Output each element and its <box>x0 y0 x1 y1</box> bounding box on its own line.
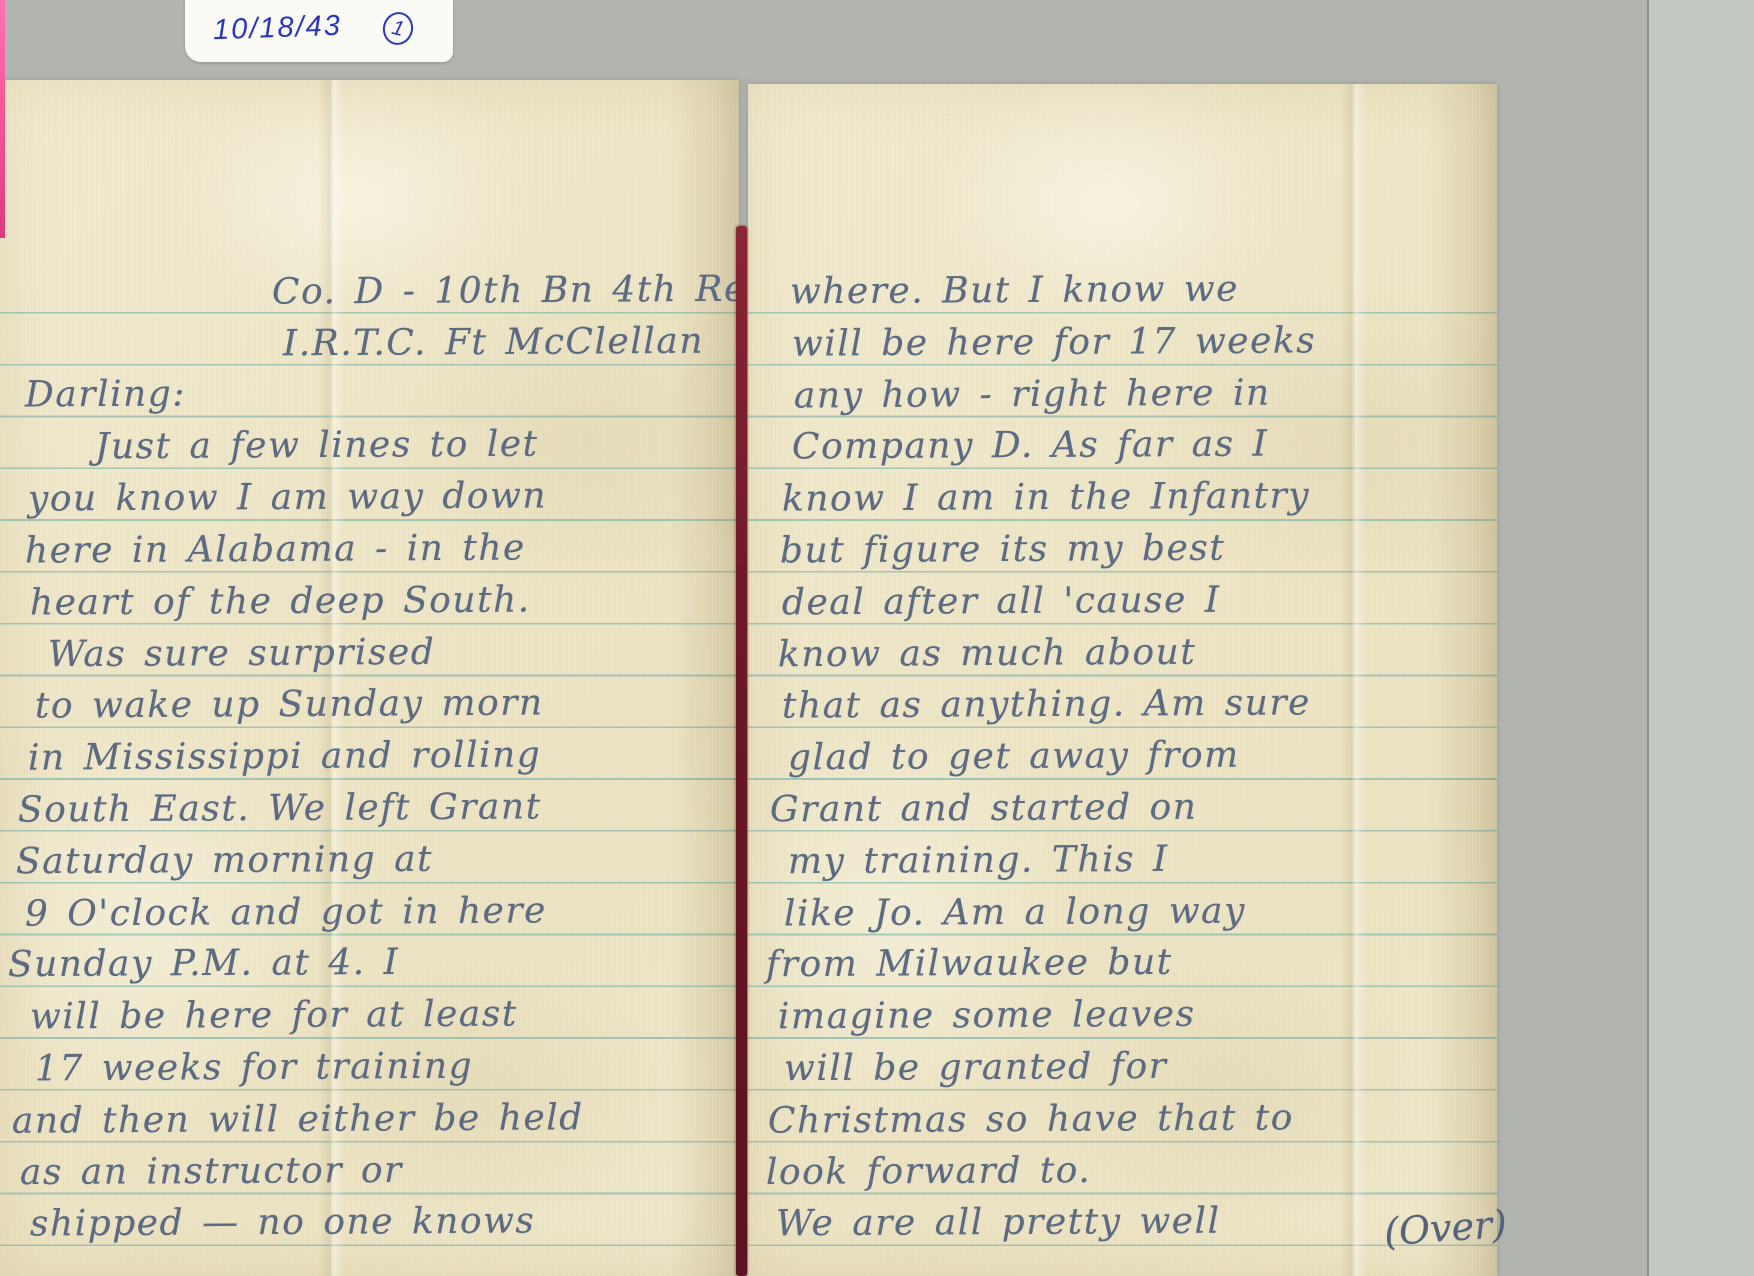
handwritten-line: that as anything. Am sure <box>782 683 1311 736</box>
handwritten-line: Grant and started on <box>770 787 1198 840</box>
handwritten-line: Saturday morning at <box>16 839 433 892</box>
handwritten-line: any how - right here in <box>794 372 1271 425</box>
scanner-seam <box>1647 0 1649 1276</box>
page-edge-shadow <box>669 80 739 1276</box>
handwritten-line: deal after all 'cause I <box>782 579 1221 632</box>
handwritten-line: I.R.T.C. Ft McClellan <box>283 321 704 374</box>
handwritten-line: you know I am way down <box>28 476 547 529</box>
handwritten-line: my training. This I <box>788 839 1169 891</box>
handwritten-line: know as much about <box>778 631 1197 684</box>
handwritten-line: will be granted for <box>784 1046 1168 1098</box>
handwritten-line: to wake up Sunday morn <box>35 683 544 736</box>
handwritten-line: glad to get away from <box>788 735 1240 788</box>
handwritten-line: like Jo. Am a long way <box>784 890 1246 943</box>
handwritten-line: imagine some leaves <box>778 994 1196 1047</box>
handwritten-line: look forward to. <box>766 1150 1092 1202</box>
handwritten-line: Darling: <box>25 373 186 424</box>
date-label: 10/18/43 1 <box>185 0 453 62</box>
handwritten-line: 17 weeks for training <box>35 1046 473 1099</box>
handwritten-line: will be here for 17 weeks <box>792 320 1316 373</box>
fold-crease <box>1340 84 1366 1276</box>
handwritten-line: as an instructor or <box>20 1149 403 1201</box>
date-label-text: 10/18/43 <box>212 10 342 47</box>
page-edge-shadow <box>1427 84 1497 1276</box>
scanner-background-right <box>1649 0 1754 1276</box>
handwritten-line: will be here for at least <box>30 994 518 1047</box>
over-note: (Over) <box>1383 1202 1509 1254</box>
handwritten-line: South East. We left Grant <box>18 786 542 839</box>
handwritten-line: shipped — no one knows <box>30 1201 536 1254</box>
handwritten-line: but figure its my best <box>780 528 1226 581</box>
handwritten-line: Christmas so have that to <box>768 1097 1294 1150</box>
handwritten-line: and then will either be held <box>12 1097 584 1150</box>
handwritten-line: where. But I know we <box>790 269 1239 322</box>
page-number-circled: 1 <box>379 9 416 48</box>
handwritten-line: Sunday P.M. at 4. I <box>8 942 400 994</box>
handwritten-line: in Mississippi and rolling <box>28 735 542 788</box>
handwritten-line: Company D. As far as I <box>792 424 1269 477</box>
handwritten-line: Co. D - 10th Bn 4th Regt. <box>272 268 801 321</box>
letter-page-left: Co. D - 10th Bn 4th Regt.I.R.T.C. Ft McC… <box>0 80 739 1276</box>
handwritten-line: We are all pretty well <box>776 1201 1221 1254</box>
handwritten-line: know I am in the Infantry <box>782 476 1310 529</box>
binding-edge-strip <box>736 226 747 1276</box>
handwritten-line: Just a few lines to let <box>95 424 539 477</box>
handwritten-line: from Milwaukee but <box>766 942 1173 994</box>
handwritten-line: heart of the deep South. <box>30 579 531 632</box>
scan-edge-pink-strip <box>0 0 5 238</box>
handwritten-line: here in Alabama - in the <box>25 527 526 580</box>
handwritten-line: 9 O'clock and got in here <box>25 890 547 943</box>
handwritten-line: Was sure surprised <box>48 631 436 683</box>
letter-page-right: (Over) where. But I know wewill be here … <box>748 84 1497 1276</box>
